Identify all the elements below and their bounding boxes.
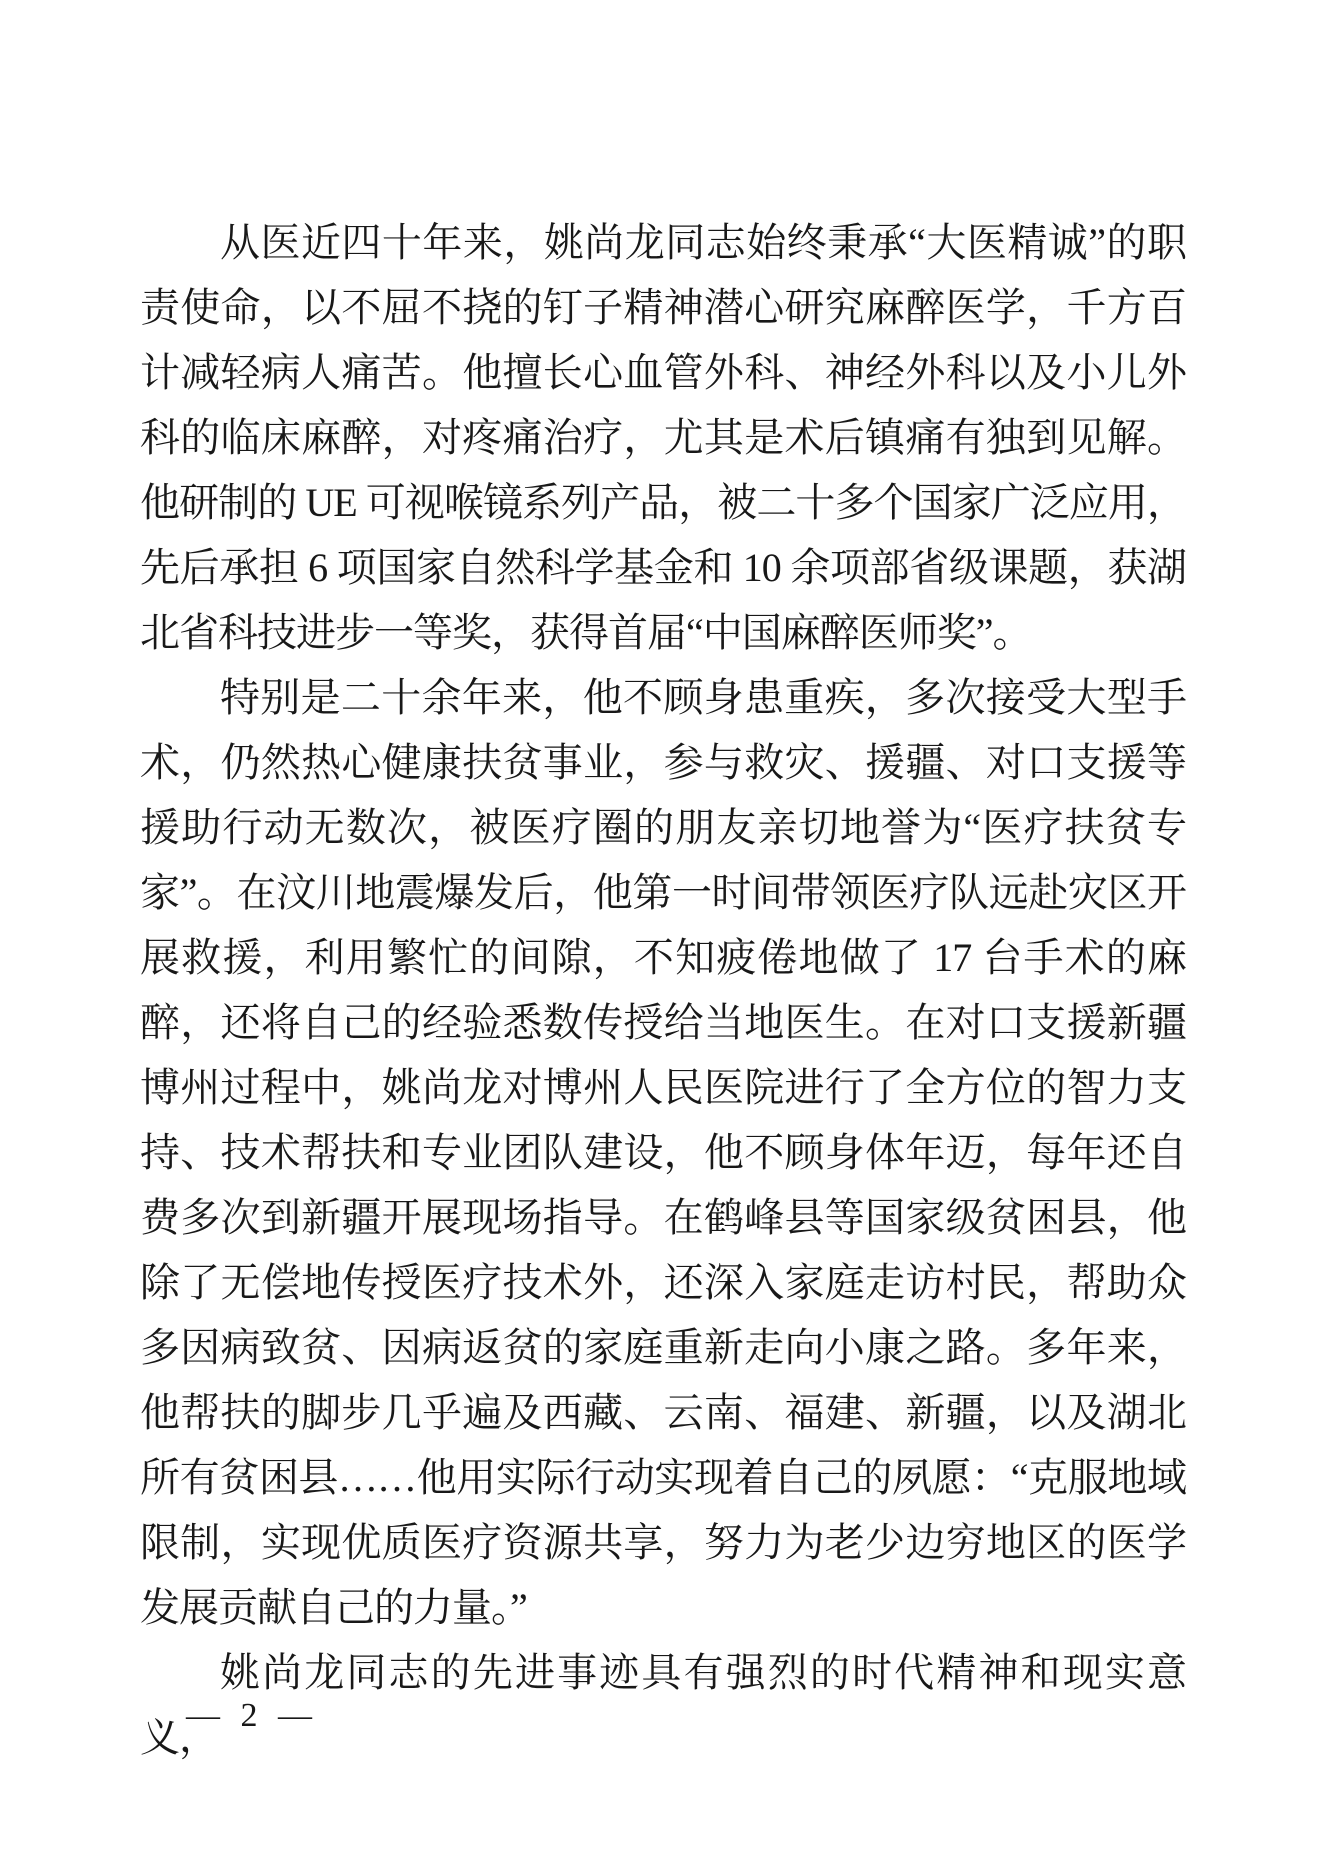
document-page: 从医近四十年来，姚尚龙同志始终秉承“大医精诚”的职责使命，以不屈不挠的钉子精神潜… [0,0,1322,1871]
paragraph-medical-career: 从医近四十年来，姚尚龙同志始终秉承“大医精诚”的职责使命，以不屈不挠的钉子精神潜… [140,210,1186,665]
paragraph-poverty-alleviation: 特别是二十余年来，他不顾身患重疾，多次接受大型手术，仍然热心健康扶贫事业，参与救… [140,665,1186,1640]
document-body: 从医近四十年来，姚尚龙同志始终秉承“大医精诚”的职责使命，以不屈不挠的钉子精神潜… [140,210,1186,1770]
page-number: — 2 — [186,1695,318,1737]
